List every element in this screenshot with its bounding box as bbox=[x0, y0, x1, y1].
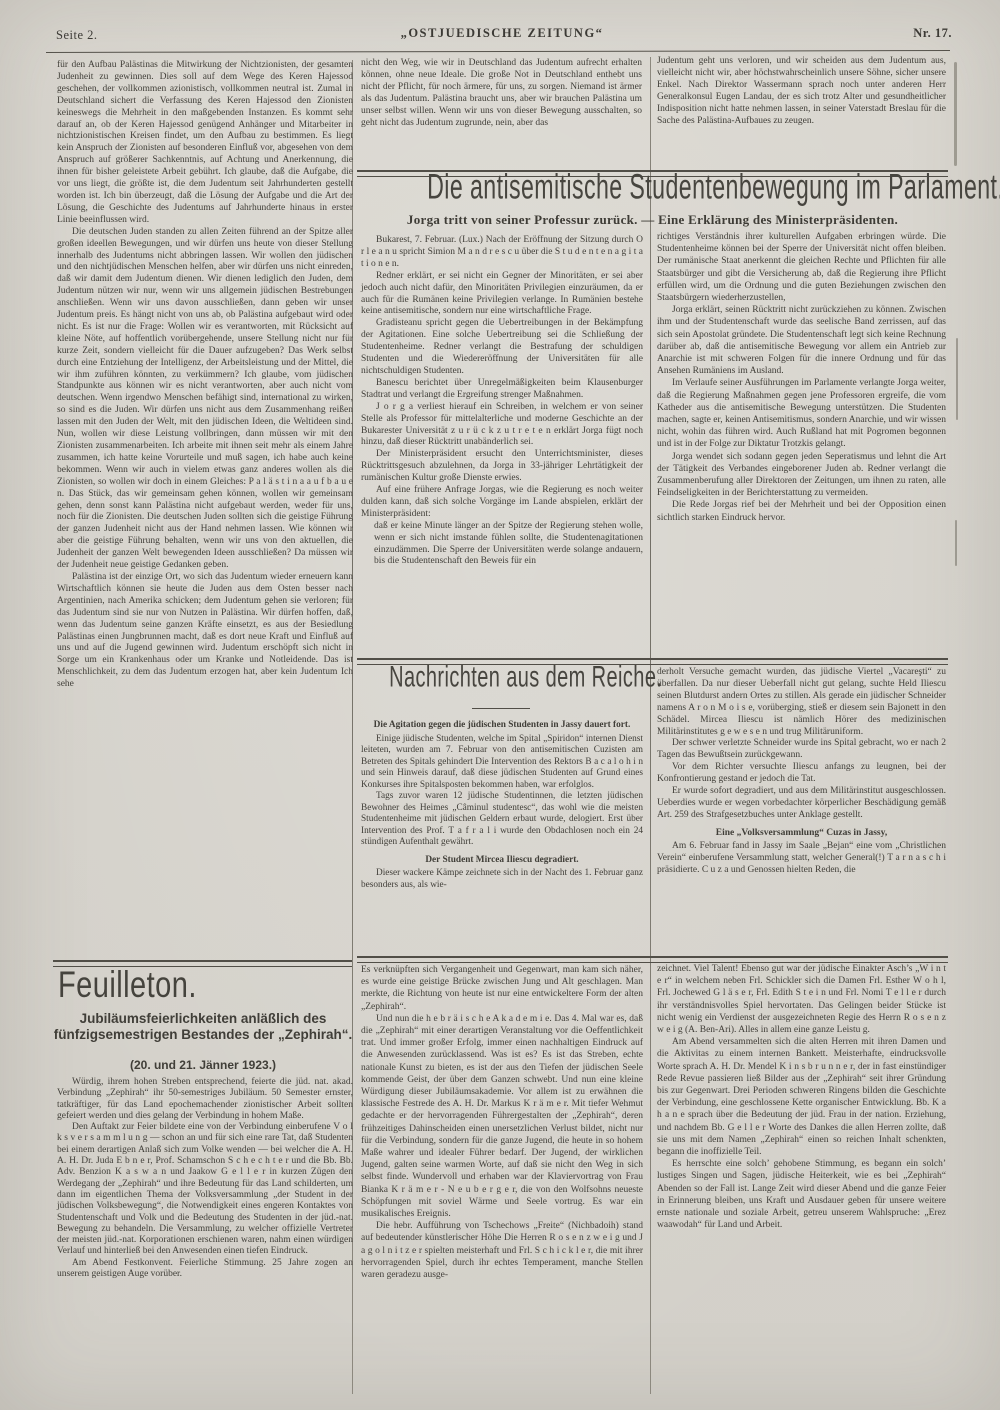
paragraph: Die deutschen Juden standen zu allen Zei… bbox=[57, 227, 353, 572]
parliament-article-left-column: Bukarest, 7. Februar. (Lux.) Nach der Er… bbox=[361, 235, 643, 568]
paragraph: Jorga wendet sich sodann gegen jeden Sep… bbox=[657, 451, 946, 500]
newspaper-page: Seite 2. „OSTJUEDISCHE ZEITUNG“ Nr. 17. … bbox=[0, 0, 1000, 1410]
feuilleton-headline: Feuilleton. bbox=[58, 968, 216, 1006]
scan-artifact bbox=[955, 520, 957, 566]
parliament-article-subheadline: Jorga tritt von seiner Professur zurück.… bbox=[355, 212, 950, 228]
paragraph: Banescu berichtet über Unregelmäßigkeite… bbox=[361, 378, 643, 402]
masthead-rule bbox=[46, 50, 950, 53]
lead-article-column-2: nicht den Weg, wie wir in Deutschland da… bbox=[361, 58, 642, 129]
paragraph: Am Abend versammelten sich die alten Her… bbox=[657, 1036, 946, 1158]
paragraph: Palästina ist der einzige Ort, wo sich d… bbox=[57, 572, 353, 691]
scan-artifact bbox=[954, 62, 957, 166]
paragraph: nicht den Weg, wie wir in Deutschland da… bbox=[361, 58, 642, 129]
masthead: Seite 2. „OSTJUEDISCHE ZEITUNG“ Nr. 17. bbox=[52, 26, 952, 46]
paragraph: Auf eine frühere Anfrage Jorgas, wie die… bbox=[361, 485, 643, 521]
feuilleton-headline-text: Feuilleton. bbox=[58, 963, 197, 1006]
reich-news-middle-column: Die Agitation gegen die jüdischen Studen… bbox=[361, 714, 643, 891]
paragraph: Die Rede Jorgas rief bei der Mehrheit un… bbox=[657, 499, 946, 523]
paragraph: Gradisteanu spricht gegen die Uebertreib… bbox=[361, 318, 643, 378]
paragraph: Würdig, ihrem hohen Streben entsprechend… bbox=[57, 1077, 353, 1122]
feuilleton-column-2: Es verknüpften sich Vergangenheit und Ge… bbox=[361, 964, 643, 1281]
article-subhead: Die Agitation gegen die jüdischen Studen… bbox=[361, 719, 643, 732]
paragraph: Vor dem Richter versuchte Iliescu anfang… bbox=[657, 762, 946, 786]
lead-article-column-1: für den Aufbau Palästinas die Mitwirkung… bbox=[57, 60, 353, 964]
parliament-article-headline: Die antisemitische Studentenbewegung im … bbox=[355, 175, 950, 208]
paragraph: für den Aufbau Palästinas die Mitwirkung… bbox=[57, 60, 353, 227]
paragraph: derholt Versuche gemacht wurden, das jüd… bbox=[657, 667, 946, 738]
paragraph: Der schwer verletzte Schneider wurde ins… bbox=[657, 738, 946, 762]
issue-number-label: Nr. 17. bbox=[913, 26, 952, 41]
paragraph: Es verknüpften sich Vergangenheit und Ge… bbox=[361, 964, 643, 1013]
parliament-article-headline-text: Die antisemitische Studentenbewegung im … bbox=[427, 168, 1000, 208]
lead-article-column-3: Judentum geht uns verloren, und wir sche… bbox=[657, 56, 946, 127]
paragraph: J o r g a verliest hierauf ein Schreiben… bbox=[361, 402, 643, 450]
reich-news-headline-text: Nachrichten aus dem Reiche. bbox=[389, 660, 662, 695]
paragraph: Am Abend Festkonvent. Feierliche Stimmun… bbox=[57, 1258, 353, 1281]
paragraph: Dieser wackere Kämpe zeichnete sich in d… bbox=[361, 868, 643, 891]
paragraph: Am 6. Februar fand in Jassy im Saale „Be… bbox=[657, 841, 946, 877]
paragraph: Es herrschte eine solch’ gehobene Stimmu… bbox=[657, 1158, 946, 1231]
paragraph: Er wurde sofort degradiert, und aus dem … bbox=[657, 786, 946, 822]
paragraph: richtiges Verständnis ihrer kulturellen … bbox=[657, 231, 946, 304]
newspaper-title: „OSTJUEDISCHE ZEITUNG“ bbox=[52, 26, 952, 41]
feuilleton-dateline: (20. und 21. Jänner 1923.) bbox=[53, 1058, 353, 1072]
parliament-article-right-column: richtiges Verständnis ihrer kulturellen … bbox=[657, 231, 946, 524]
paragraph: Die hebr. Aufführung von Tschechows „Fre… bbox=[361, 1220, 643, 1281]
paragraph: Den Auftakt zur Feier bildete eine von d… bbox=[57, 1122, 353, 1258]
paragraph: Im Verlaufe seiner Ausführungen im Parla… bbox=[657, 377, 946, 450]
reich-news-right-column: derholt Versuche gemacht wurden, das jüd… bbox=[657, 667, 946, 877]
paragraph: Einige jüdische Studenten, welche im Spi… bbox=[361, 734, 643, 792]
paragraph: Der Ministerpräsident ersucht den Unterr… bbox=[361, 449, 643, 485]
column-divider-right bbox=[650, 57, 651, 1394]
article-subhead: Eine „Volksversammlung“ Cuzas in Jassy, bbox=[657, 827, 946, 840]
paragraph: Judentum geht uns verloren, und wir sche… bbox=[657, 56, 946, 127]
separator-above-feuilleton-continuation bbox=[357, 956, 948, 963]
feuilleton-column-3: zeichnet. Viel Talent! Ebenso gut war de… bbox=[657, 963, 946, 1231]
paragraph: Jorga erklärt, seinen Rücktritt nicht zu… bbox=[657, 304, 946, 377]
paragraph: Und nun die h e b r ä i s c h e A k a d … bbox=[361, 1013, 643, 1220]
article-subhead: Der Student Mircea Iliescu degradiert. bbox=[361, 854, 643, 867]
reich-news-headline-rule bbox=[472, 708, 530, 709]
feuilleton-column-1: Würdig, ihrem hohen Streben entsprechend… bbox=[57, 1077, 353, 1280]
paragraph: Bukarest, 7. Februar. (Lux.) Nach der Er… bbox=[361, 235, 643, 271]
paragraph: zeichnet. Viel Talent! Ebenso gut war de… bbox=[657, 963, 946, 1036]
scan-artifact bbox=[956, 338, 958, 420]
feuilleton-subheadline: Jubiläumsfeierlichkeiten anläßlich des f… bbox=[53, 1011, 353, 1043]
paragraph: Redner erklärt, er sei nicht ein Gegner … bbox=[361, 271, 643, 319]
paragraph: Tags zuvor waren 12 jüdische Studentinne… bbox=[361, 791, 643, 849]
reich-news-headline: Nachrichten aus dem Reiche. bbox=[355, 666, 647, 695]
paragraph: daß er keine Minute länger an der Spitze… bbox=[361, 521, 643, 569]
